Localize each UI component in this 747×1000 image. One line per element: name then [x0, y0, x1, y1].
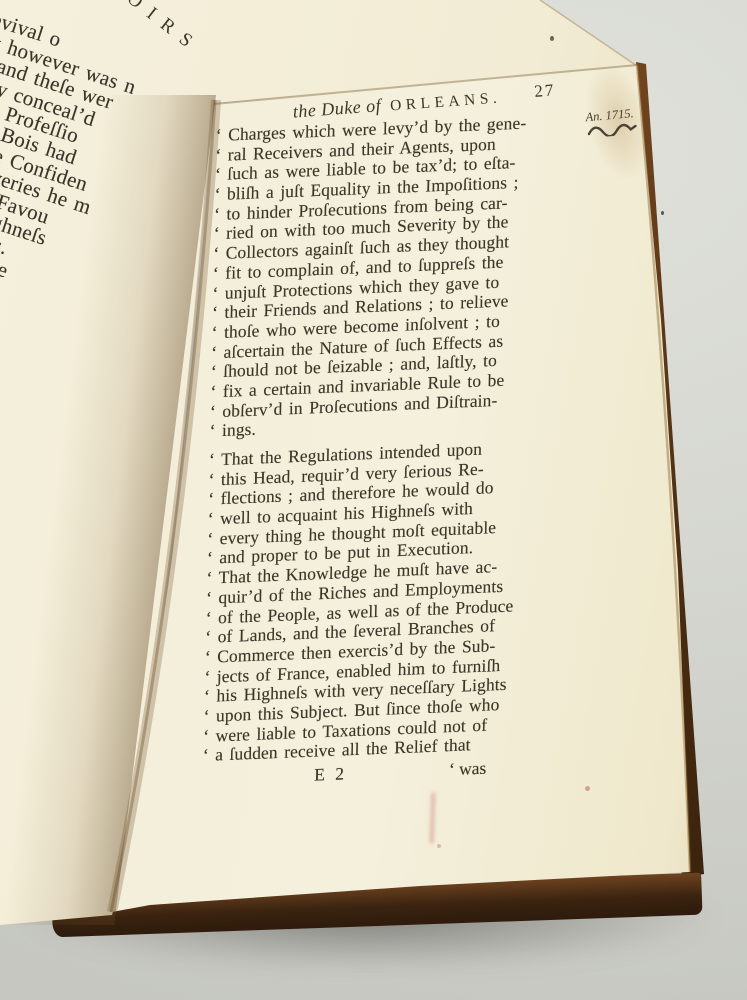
red-stain-dot-small	[437, 844, 441, 848]
dust-speck	[550, 36, 554, 41]
right-page-lines: ‘ Charges which were levy’d by the gene-…	[203, 111, 600, 766]
signature-mark: E 2	[314, 763, 347, 785]
right-page-text: ‘ Charges which were levy’d by the gene-…	[202, 111, 600, 791]
book-photo-scene: OIRS erce.t in the Revival oThe Regent h…	[0, 0, 747, 1000]
red-stain-dot	[585, 786, 590, 791]
dust-speck-small	[661, 211, 664, 215]
header-title-caps: ORLEANS.	[390, 89, 502, 115]
catchword: ‘ was	[449, 758, 487, 781]
page-number: 27	[534, 80, 556, 101]
